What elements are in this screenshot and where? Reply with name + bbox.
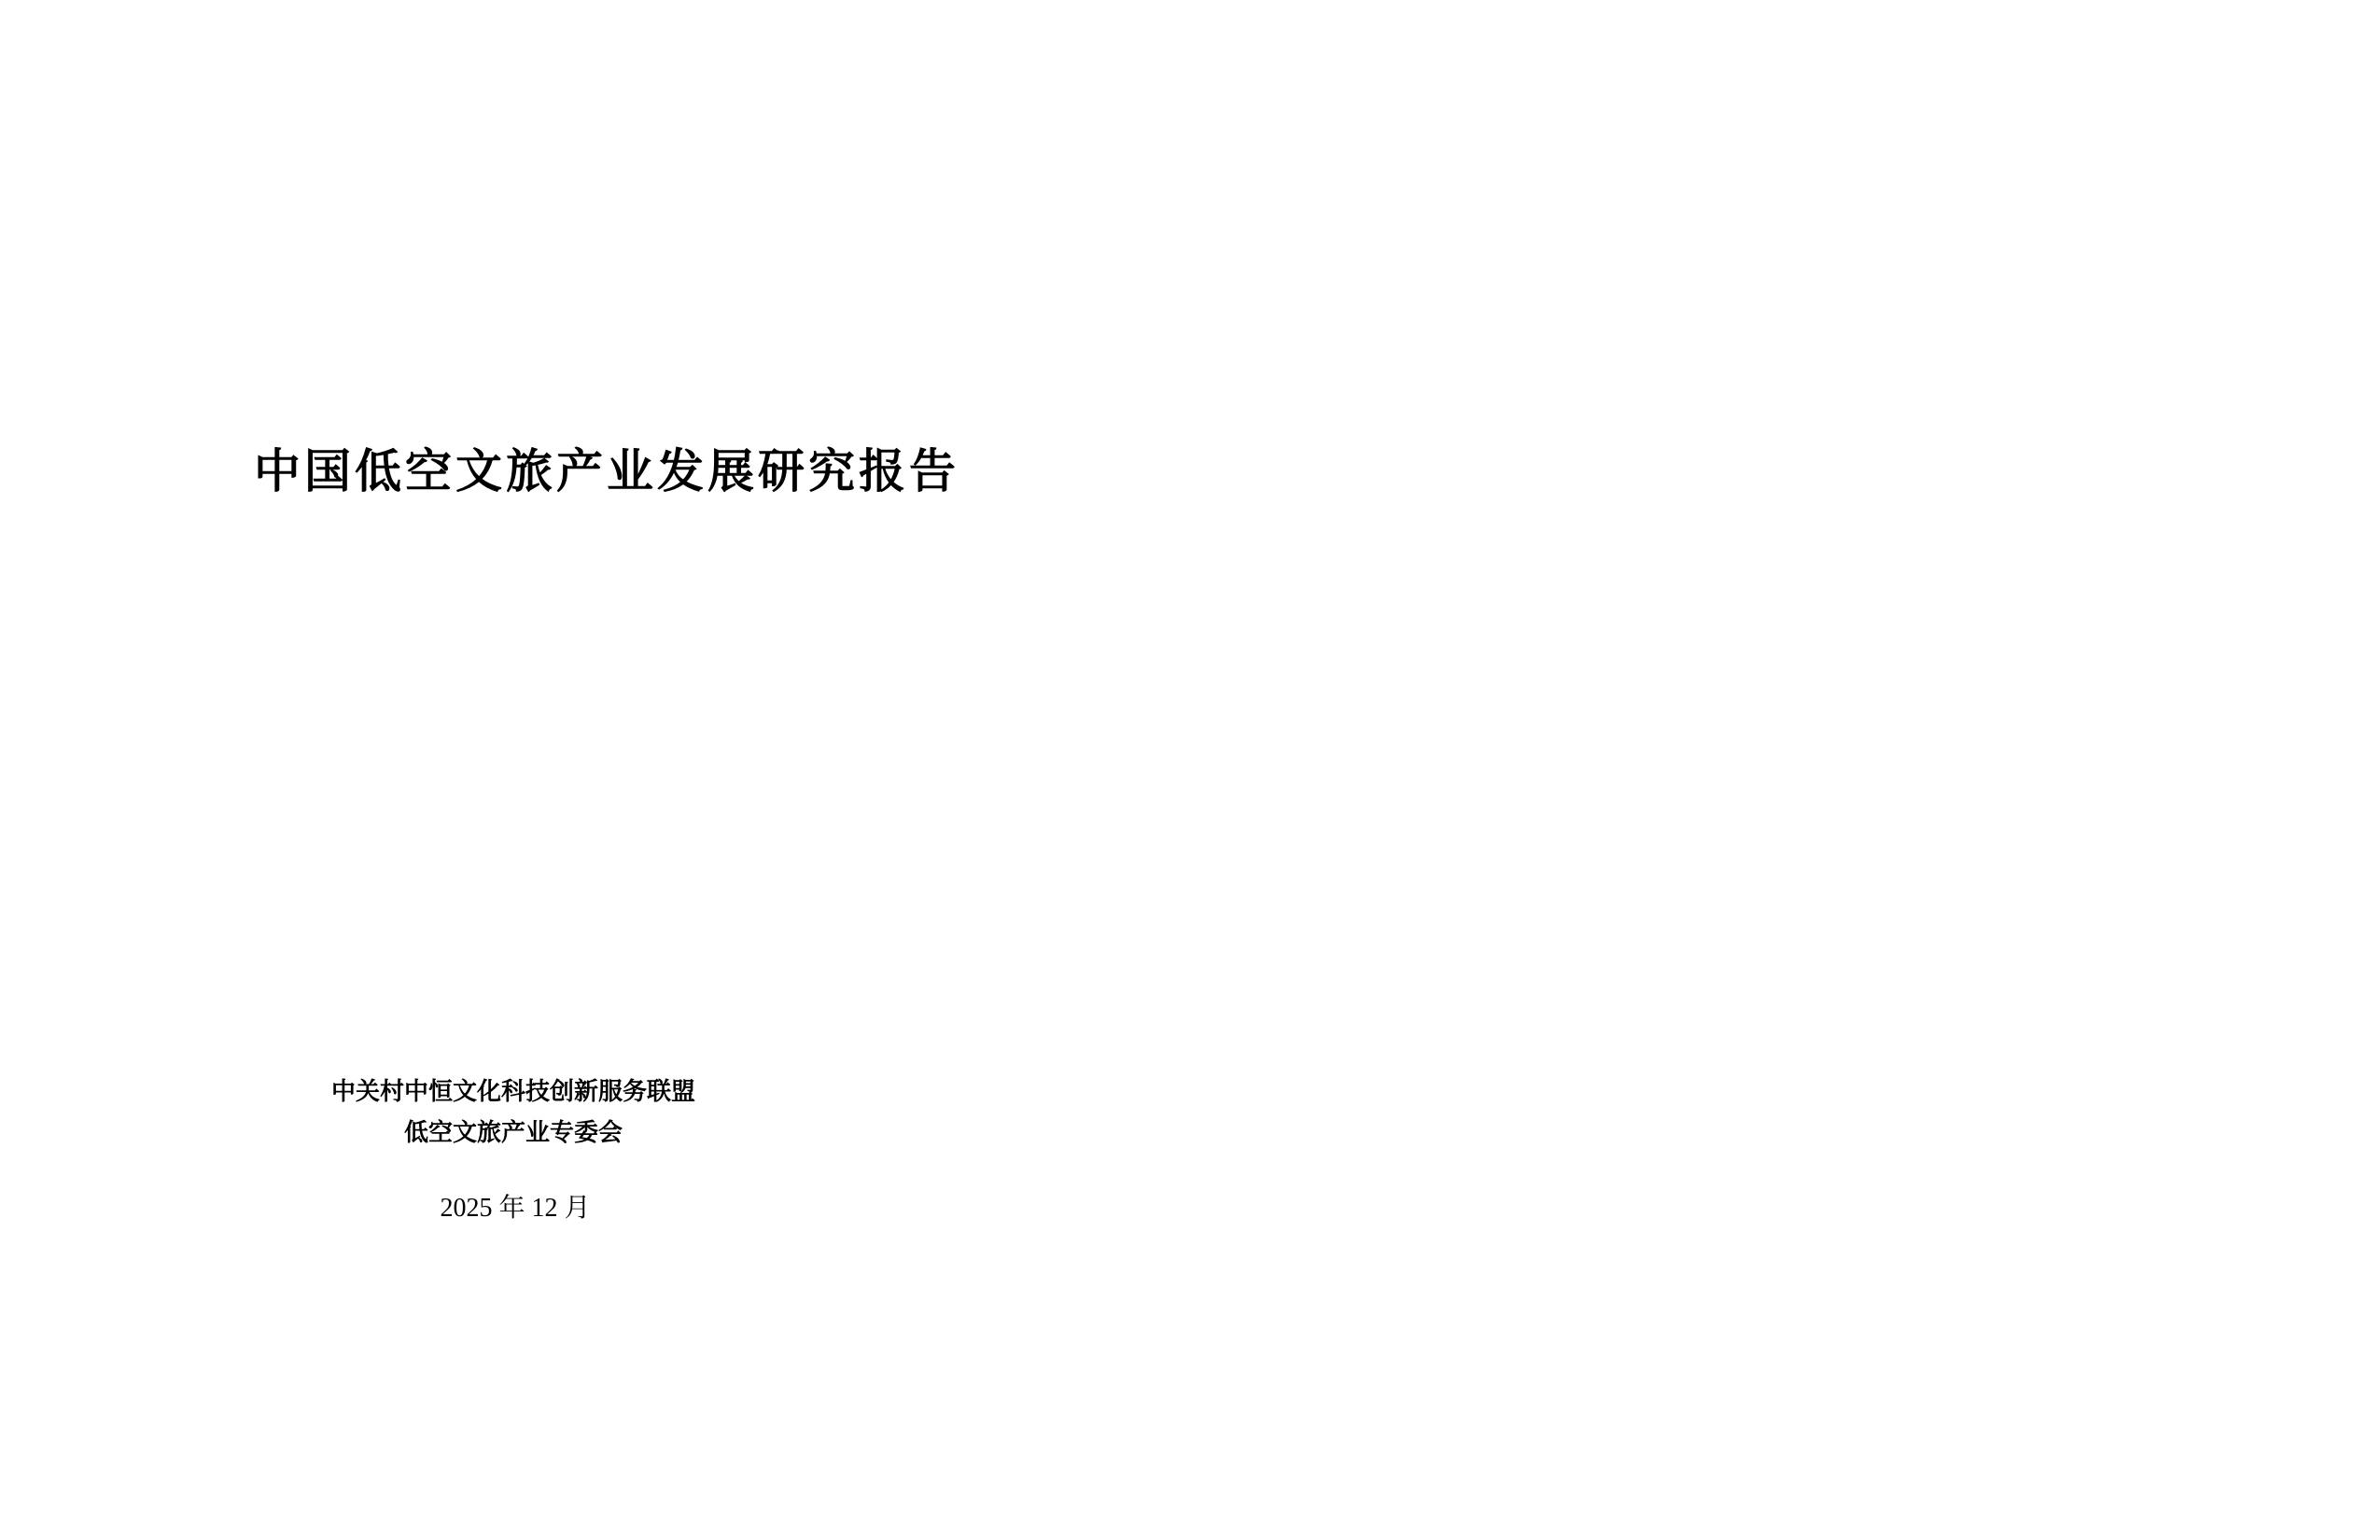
organization-line-2: 低空文旅产业专委会 <box>0 1112 1027 1153</box>
organization-block: 中关村中恒文化科技创新服务联盟 低空文旅产业专委会 <box>0 1071 1027 1153</box>
cover-page: 中国低空文旅产业发展研究报告 中关村中恒文化科技创新服务联盟 低空文旅产业专委会… <box>0 0 1190 1540</box>
toc-page: 目 录 摘要 2 第一章 低空文旅产业：核心概念界定、政策基础与国际经验 3 1… <box>1190 0 2380 1540</box>
report-date: 2025 年 12 月 <box>0 1193 1030 1225</box>
organization-line-1: 中关村中恒文化科技创新服务联盟 <box>0 1071 1027 1112</box>
document-canvas: 中国低空文旅产业发展研究报告 中关村中恒文化科技创新服务联盟 低空文旅产业专委会… <box>0 0 2380 1540</box>
report-title: 中国低空文旅产业发展研究报告 <box>0 445 1213 497</box>
